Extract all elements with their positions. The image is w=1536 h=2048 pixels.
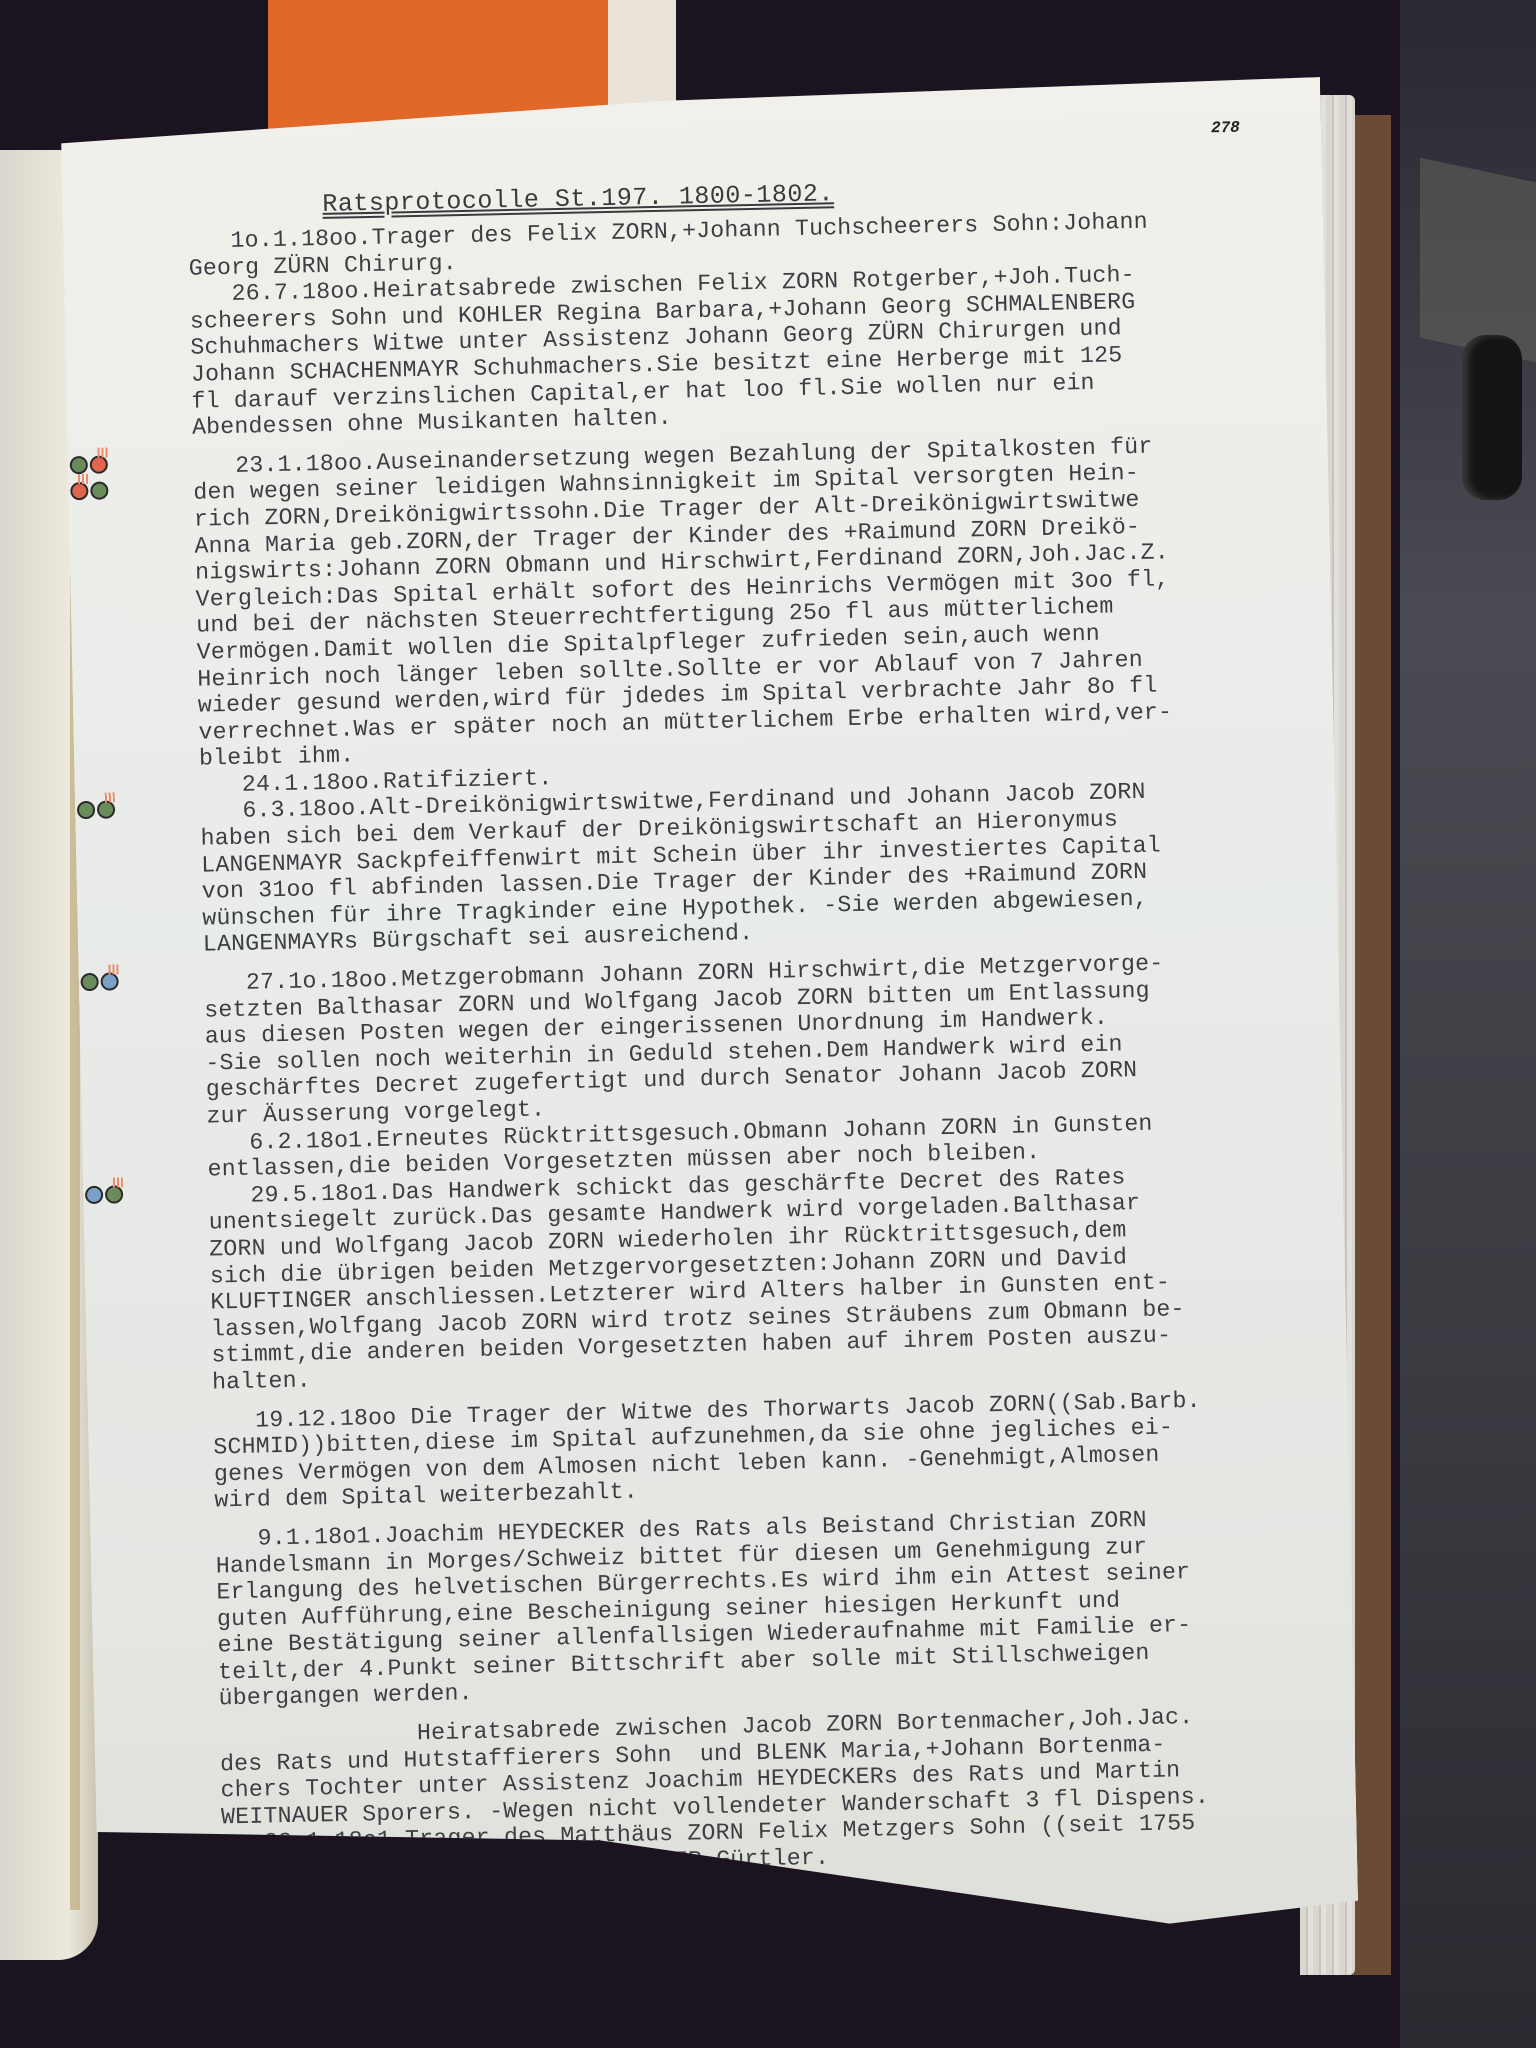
- page-number: 278: [1211, 119, 1240, 138]
- margin-marker-red: [70, 482, 88, 500]
- background-object: [1420, 158, 1536, 363]
- margin-marker-green: [97, 800, 115, 818]
- document-title: Ratsprotocolle St.197. 1800-1802.: [322, 179, 834, 219]
- margin-marker-blue: [85, 1186, 103, 1204]
- margin-marker-green: [70, 456, 88, 474]
- margin-marker-blue: [100, 972, 118, 990]
- margin-marker-red: [90, 455, 108, 473]
- margin-marker-green: [105, 1185, 123, 1203]
- document-page: 278 Ratsprotocolle St.197. 1800-1802. 1o…: [60, 77, 1360, 2003]
- background-knob: [1462, 335, 1522, 500]
- margin-marker-green: [77, 801, 95, 819]
- margin-marker-green: [80, 973, 98, 991]
- document-body: 1o.1.18oo.Trager des Felix ZORN,+Johann …: [188, 205, 1342, 1884]
- margin-marker-green: [90, 481, 108, 499]
